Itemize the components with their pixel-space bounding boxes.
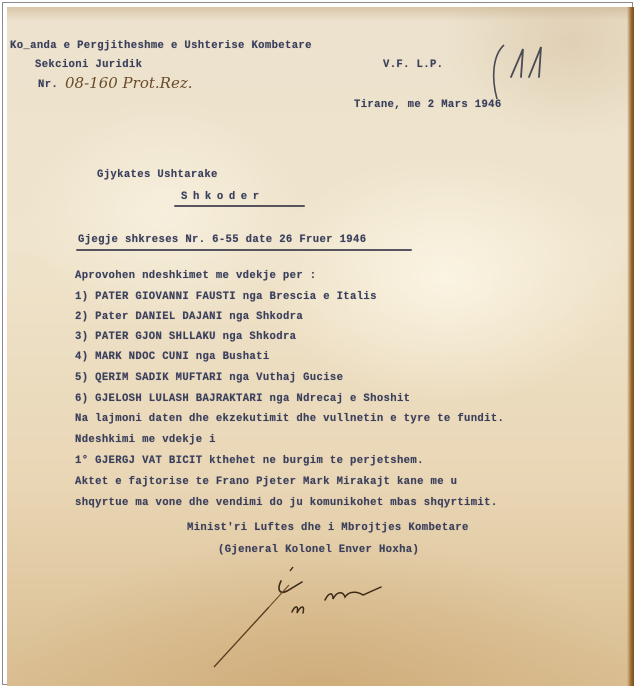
image-frame: Ko_anda e Pergjitheshme e Ushterise Komb… — [2, 2, 633, 685]
document-paper: Ko_anda e Pergjitheshme e Ushterise Komb… — [7, 7, 634, 686]
handwritten-signature — [7, 7, 634, 686]
